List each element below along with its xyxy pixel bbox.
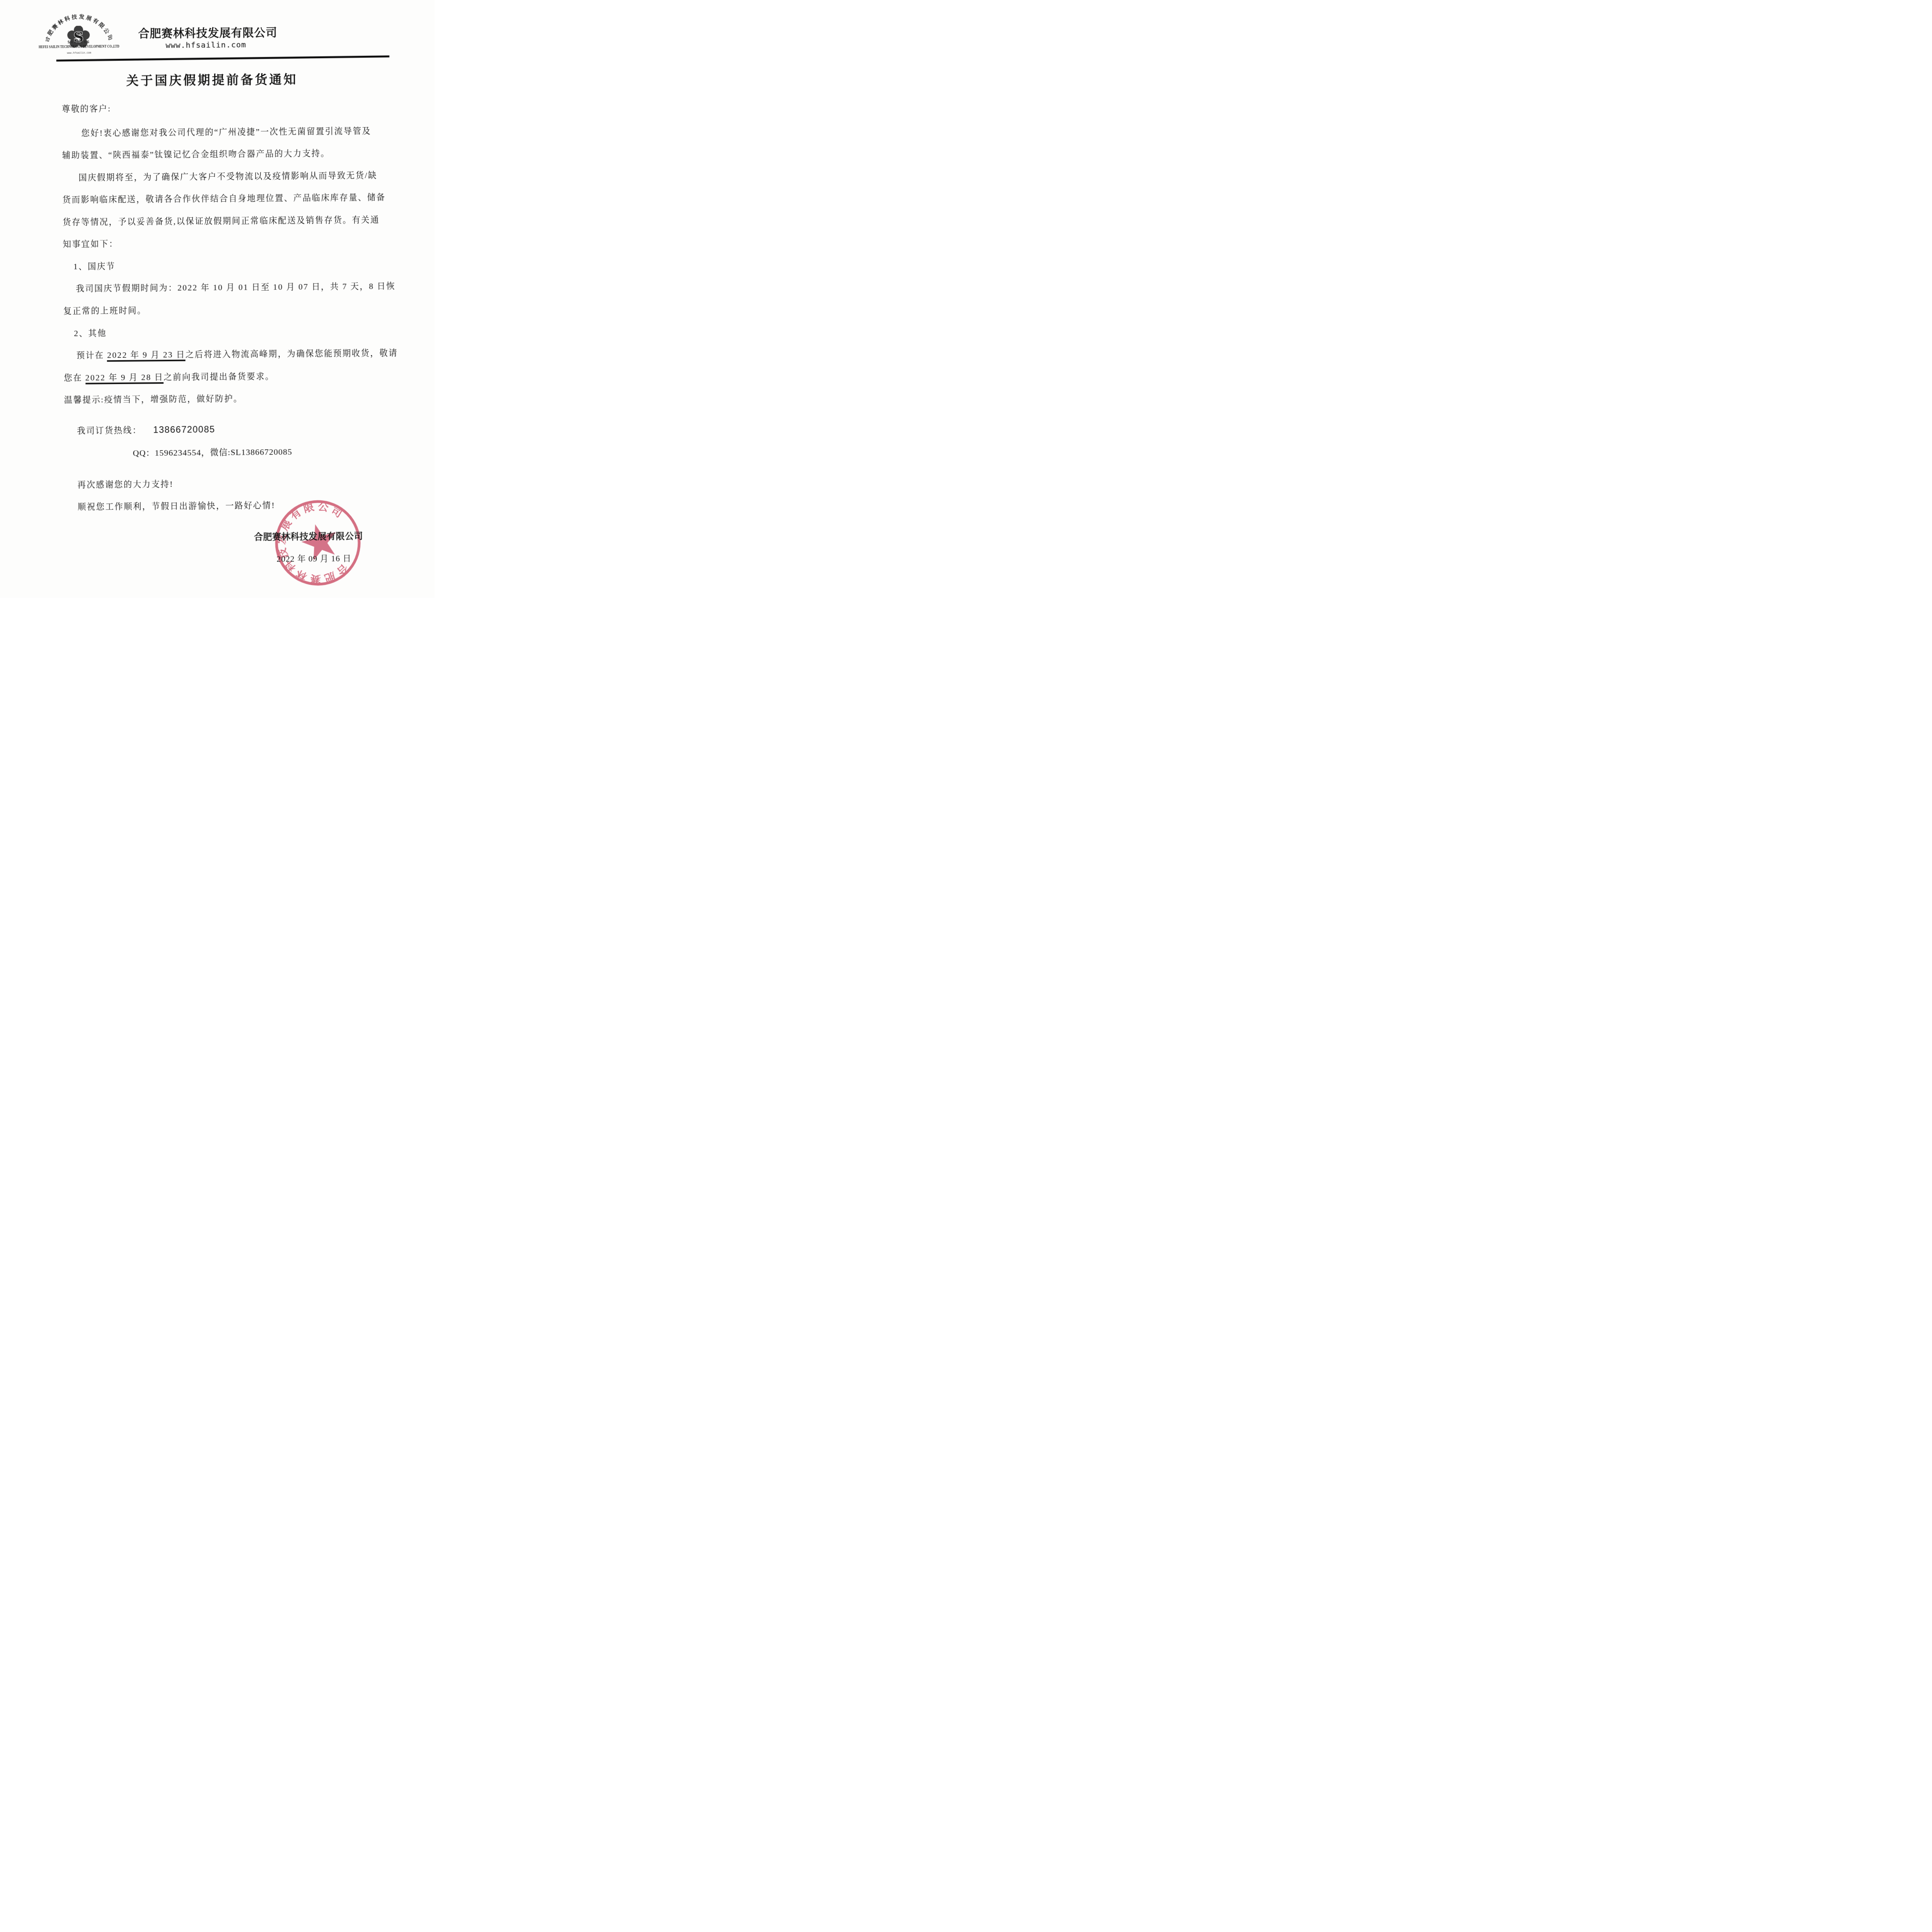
text-segment: 您在 <box>64 373 85 383</box>
body-line: 货而影响临床配送，敬请各合作伙伴结合自身地理位置、产品临床库存量、储备 <box>62 190 395 205</box>
body-line: 知事宜如下： <box>63 235 396 250</box>
list-item-1: 1、国庆节 <box>63 257 406 272</box>
document-page: 合肥赛林科技发展有限公司 S SAILING HEFEI SAILIN TECH… <box>0 0 435 598</box>
signature-date: 2022 年 09 月 16 日 <box>277 552 352 565</box>
underlined-date: 2022 年 9 月 28 日 <box>85 372 164 384</box>
svg-text:合: 合 <box>335 562 350 578</box>
body-line: 您在 2022 年 9 月 28 日之前向我司提出备货要求。 <box>64 369 397 383</box>
body-line: 预计在 2022 年 9 月 23 日之后将进入物流高峰期，为确保您能预期收货，… <box>64 346 410 361</box>
scan-content: 合肥赛林科技发展有限公司 S SAILING HEFEI SAILIN TECH… <box>0 0 435 598</box>
logo-website-small: www.hfsailin.com <box>46 51 112 54</box>
salutation: 尊敬的客户: <box>62 100 395 114</box>
body-line: 国庆假期将至，为了确保广大客户不受物流以及疫情影响从而导致无货/缺 <box>62 168 412 183</box>
text-segment: 之前向我司提出备货要求。 <box>163 372 274 382</box>
underlined-date: 2022 年 9 月 23 日 <box>107 350 185 362</box>
svg-text:有: 有 <box>288 506 304 522</box>
body-line: 您好!衷心感谢您对我公司代理的“广州凌捷”一次性无菌留置引流导管及 <box>62 124 414 139</box>
list-item-2: 2、其他 <box>63 324 407 339</box>
svg-text:林: 林 <box>294 568 309 583</box>
body-line: 辅助装置、“陕西福泰”钛镍记忆合金组织吻合器产品的大力支持。 <box>62 146 395 161</box>
text-segment: 之后将进入物流高峰期，为确保您能预期收货，敬请 <box>185 348 398 359</box>
body-line: 货存等情况，予以妥善备货,以保证放假期间正常临床配送及销售存货。有关通 <box>63 213 396 228</box>
hotline-number: 13866720085 <box>153 424 215 435</box>
body-line: 复正常的上班时间。 <box>63 302 396 316</box>
page-title: 关于国庆假期提前备货通知 <box>0 69 425 90</box>
svg-text:公: 公 <box>317 500 330 514</box>
hotline-line: 我司订货热线：13866720085 <box>64 422 410 436</box>
closing-thanks: 再次感谢您的大力支持! <box>65 476 410 490</box>
company-seal: 合肥赛林科技发展有限公司 <box>273 498 363 588</box>
svg-text:司: 司 <box>329 504 344 520</box>
hotline-label: 我司订货热线： <box>77 426 141 435</box>
svg-text:赛: 赛 <box>310 573 321 586</box>
tip-line: 温馨提示:疫情当下，增强防范，做好防护。 <box>64 391 397 405</box>
text-segment: 预计在 <box>77 350 107 360</box>
qq-wechat-line: QQ：1596234554，微信:SL13866720085 <box>65 444 435 459</box>
signature-company: 合肥赛林科技发展有限公司 <box>254 529 363 543</box>
body-line: 我司国庆节假期时间为：2022 年 10 月 01 日至 10 月 07 日，共… <box>63 279 409 294</box>
